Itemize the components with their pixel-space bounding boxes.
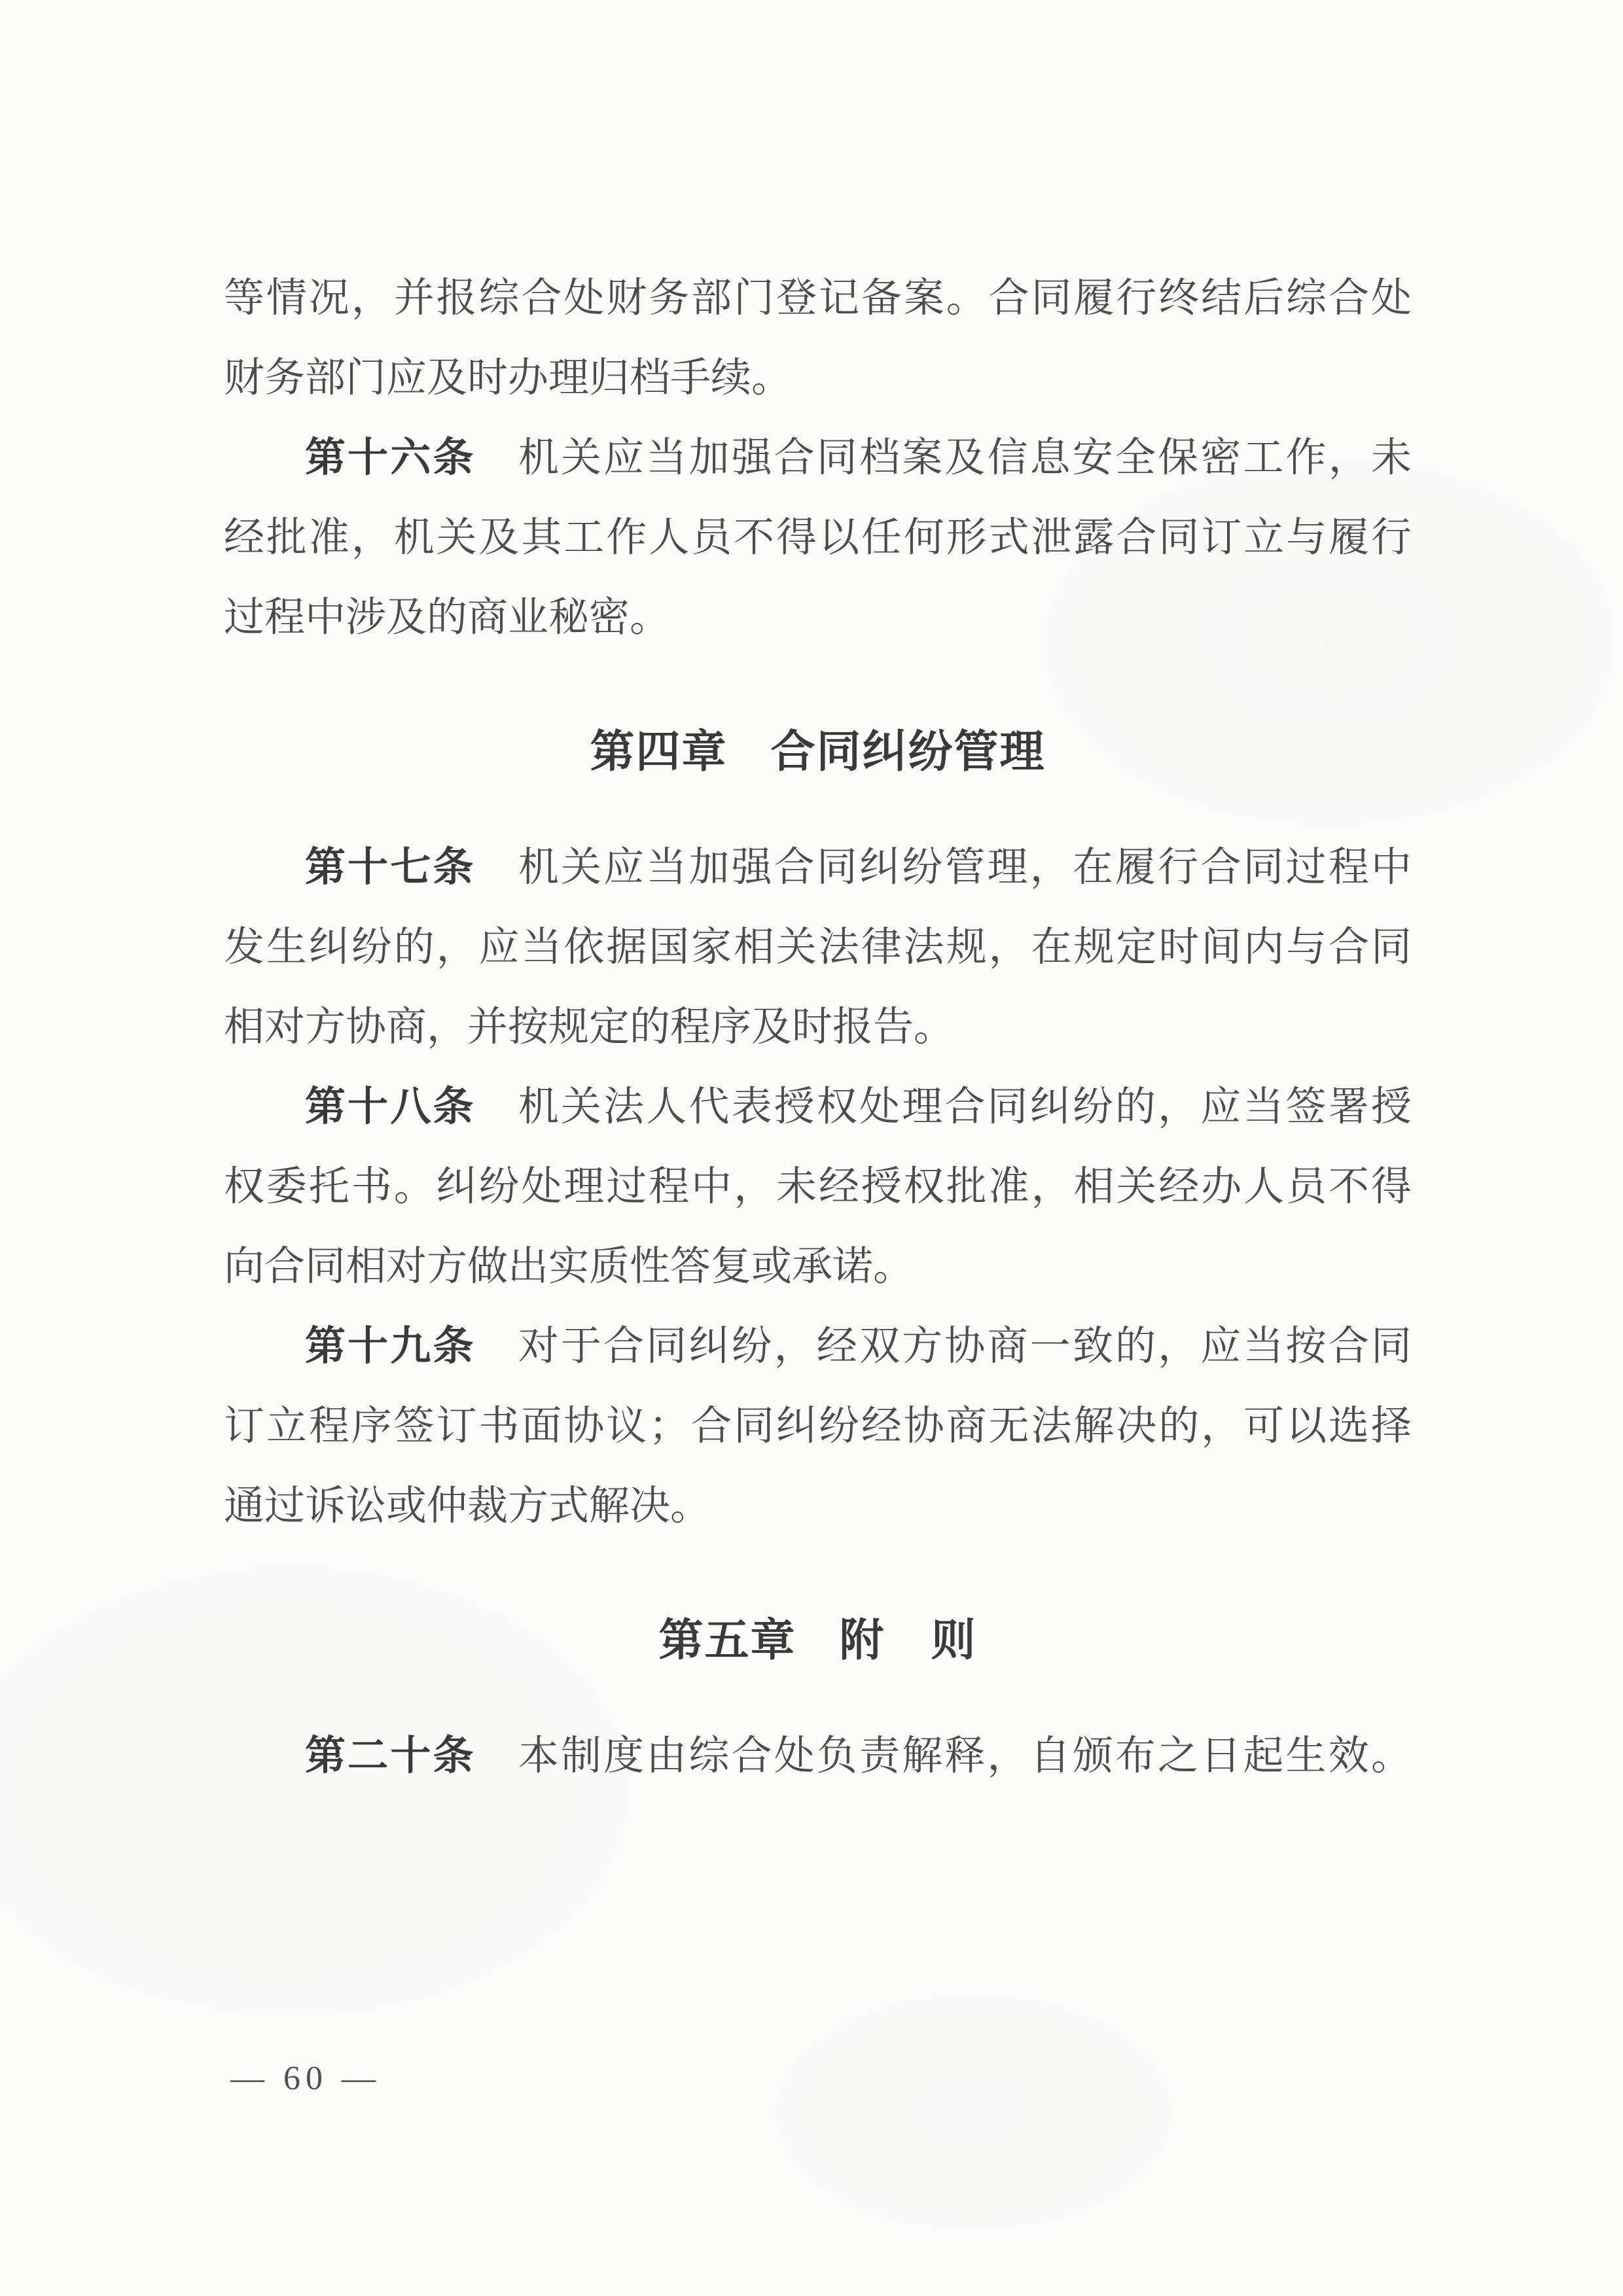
page-footer: — 60 — — [230, 2049, 381, 2108]
text-line-content: 权委托书。纠纷处理过程中，未经授权批准，相关经办人员不得 — [224, 1165, 1412, 1209]
article-text: 本制度由综合处负责解释，自颁布之日起生效。 — [518, 1734, 1412, 1778]
ideographic-space — [476, 845, 518, 890]
text-line-content: 订立程序签订书面协议；合同纠纷经协商无法解决的，可以选择 — [224, 1404, 1412, 1449]
article-text: 机关应当加强合同档案及信息安全保密工作，未 — [518, 436, 1412, 480]
text-line: 等情况，并报综合处财务部门登记备案。合同履行终结后综合处 — [224, 258, 1412, 338]
page-number: — 60 — — [230, 2060, 381, 2097]
text-line: 通过诉讼或仲裁方式解决。 — [224, 1466, 1412, 1546]
text-line: 过程中涉及的商业秘密。 — [224, 578, 1412, 658]
text-line: 经批准，机关及其工作人员不得以任何形式泄露合同订立与履行 — [224, 498, 1412, 578]
article-first-line: 第十八条 机关法人代表授权处理合同纠纷的，应当签署授 — [224, 1067, 1412, 1147]
chapter-title: 附 则 — [840, 1616, 977, 1665]
article-text: 机关法人代表授权处理合同纠纷的，应当签署授 — [518, 1085, 1412, 1129]
text-line-content: 相对方协商，并按规定的程序及时报告。 — [224, 1005, 954, 1050]
text-line-content: 发生纠纷的，应当依据国家相关法律法规，在规定时间内与合同 — [224, 925, 1412, 970]
article-text: 对于合同纠纷，经双方协商一致的，应当按合同 — [518, 1324, 1412, 1369]
text-line: 发生纠纷的，应当依据国家相关法律法规，在规定时间内与合同 — [224, 908, 1412, 987]
text-line-content: 过程中涉及的商业秘密。 — [224, 595, 670, 640]
text-line-content: 等情况，并报综合处财务部门登记备案。合同履行终结后综合处 — [224, 276, 1412, 321]
text-line: 权委托书。纠纷处理过程中，未经授权批准，相关经办人员不得 — [224, 1147, 1412, 1227]
text-line-content: 经批准，机关及其工作人员不得以任何形式泄露合同订立与履行 — [224, 516, 1412, 560]
document-body: 等情况，并报综合处财务部门登记备案。合同履行终结后综合处财务部门应及时办理归档手… — [224, 258, 1412, 1796]
chapter-heading: 第五章附 则 — [224, 1600, 1412, 1680]
ideographic-space — [476, 1085, 518, 1129]
ideographic-space — [476, 436, 518, 480]
chapter-heading: 第四章合同纠纷管理 — [224, 712, 1412, 792]
article-first-line: 第十九条 对于合同纠纷，经双方协商一致的，应当按合同 — [224, 1307, 1412, 1386]
chapter-number: 第四章 — [590, 727, 727, 777]
article-first-line: 第十六条 机关应当加强合同档案及信息安全保密工作，未 — [224, 418, 1412, 498]
article-first-line: 第十七条 机关应当加强合同纠纷管理，在履行合同过程中 — [224, 828, 1412, 908]
article-number: 第十七条 — [305, 845, 476, 890]
article-first-line: 第二十条 本制度由综合处负责解释，自颁布之日起生效。 — [224, 1716, 1412, 1796]
text-line: 相对方协商，并按规定的程序及时报告。 — [224, 987, 1412, 1067]
article-number: 第十六条 — [305, 435, 476, 480]
text-line: 订立程序签订书面协议；合同纠纷经协商无法解决的，可以选择 — [224, 1386, 1412, 1466]
text-line-content: 财务部门应及时办理归档手续。 — [224, 356, 792, 400]
ideographic-space — [476, 1324, 518, 1369]
text-line-content: 通过诉讼或仲裁方式解决。 — [224, 1484, 711, 1528]
article-number: 第十八条 — [305, 1084, 476, 1129]
text-line: 财务部门应及时办理归档手续。 — [224, 338, 1412, 418]
chapter-number: 第五章 — [658, 1616, 796, 1665]
article-number: 第二十条 — [305, 1733, 476, 1778]
scanned-document-page: 等情况，并报综合处财务部门登记备案。合同履行终结后综合处财务部门应及时办理归档手… — [0, 0, 1623, 2296]
ideographic-space — [476, 1734, 518, 1778]
text-line: 向合同相对方做出实质性答复或承诺。 — [224, 1227, 1412, 1307]
text-line-content: 向合同相对方做出实质性答复或承诺。 — [224, 1245, 914, 1289]
article-text: 机关应当加强合同纠纷管理，在履行合同过程中 — [518, 845, 1412, 890]
article-number: 第十九条 — [305, 1324, 476, 1369]
chapter-title: 合同纠纷管理 — [771, 727, 1046, 777]
